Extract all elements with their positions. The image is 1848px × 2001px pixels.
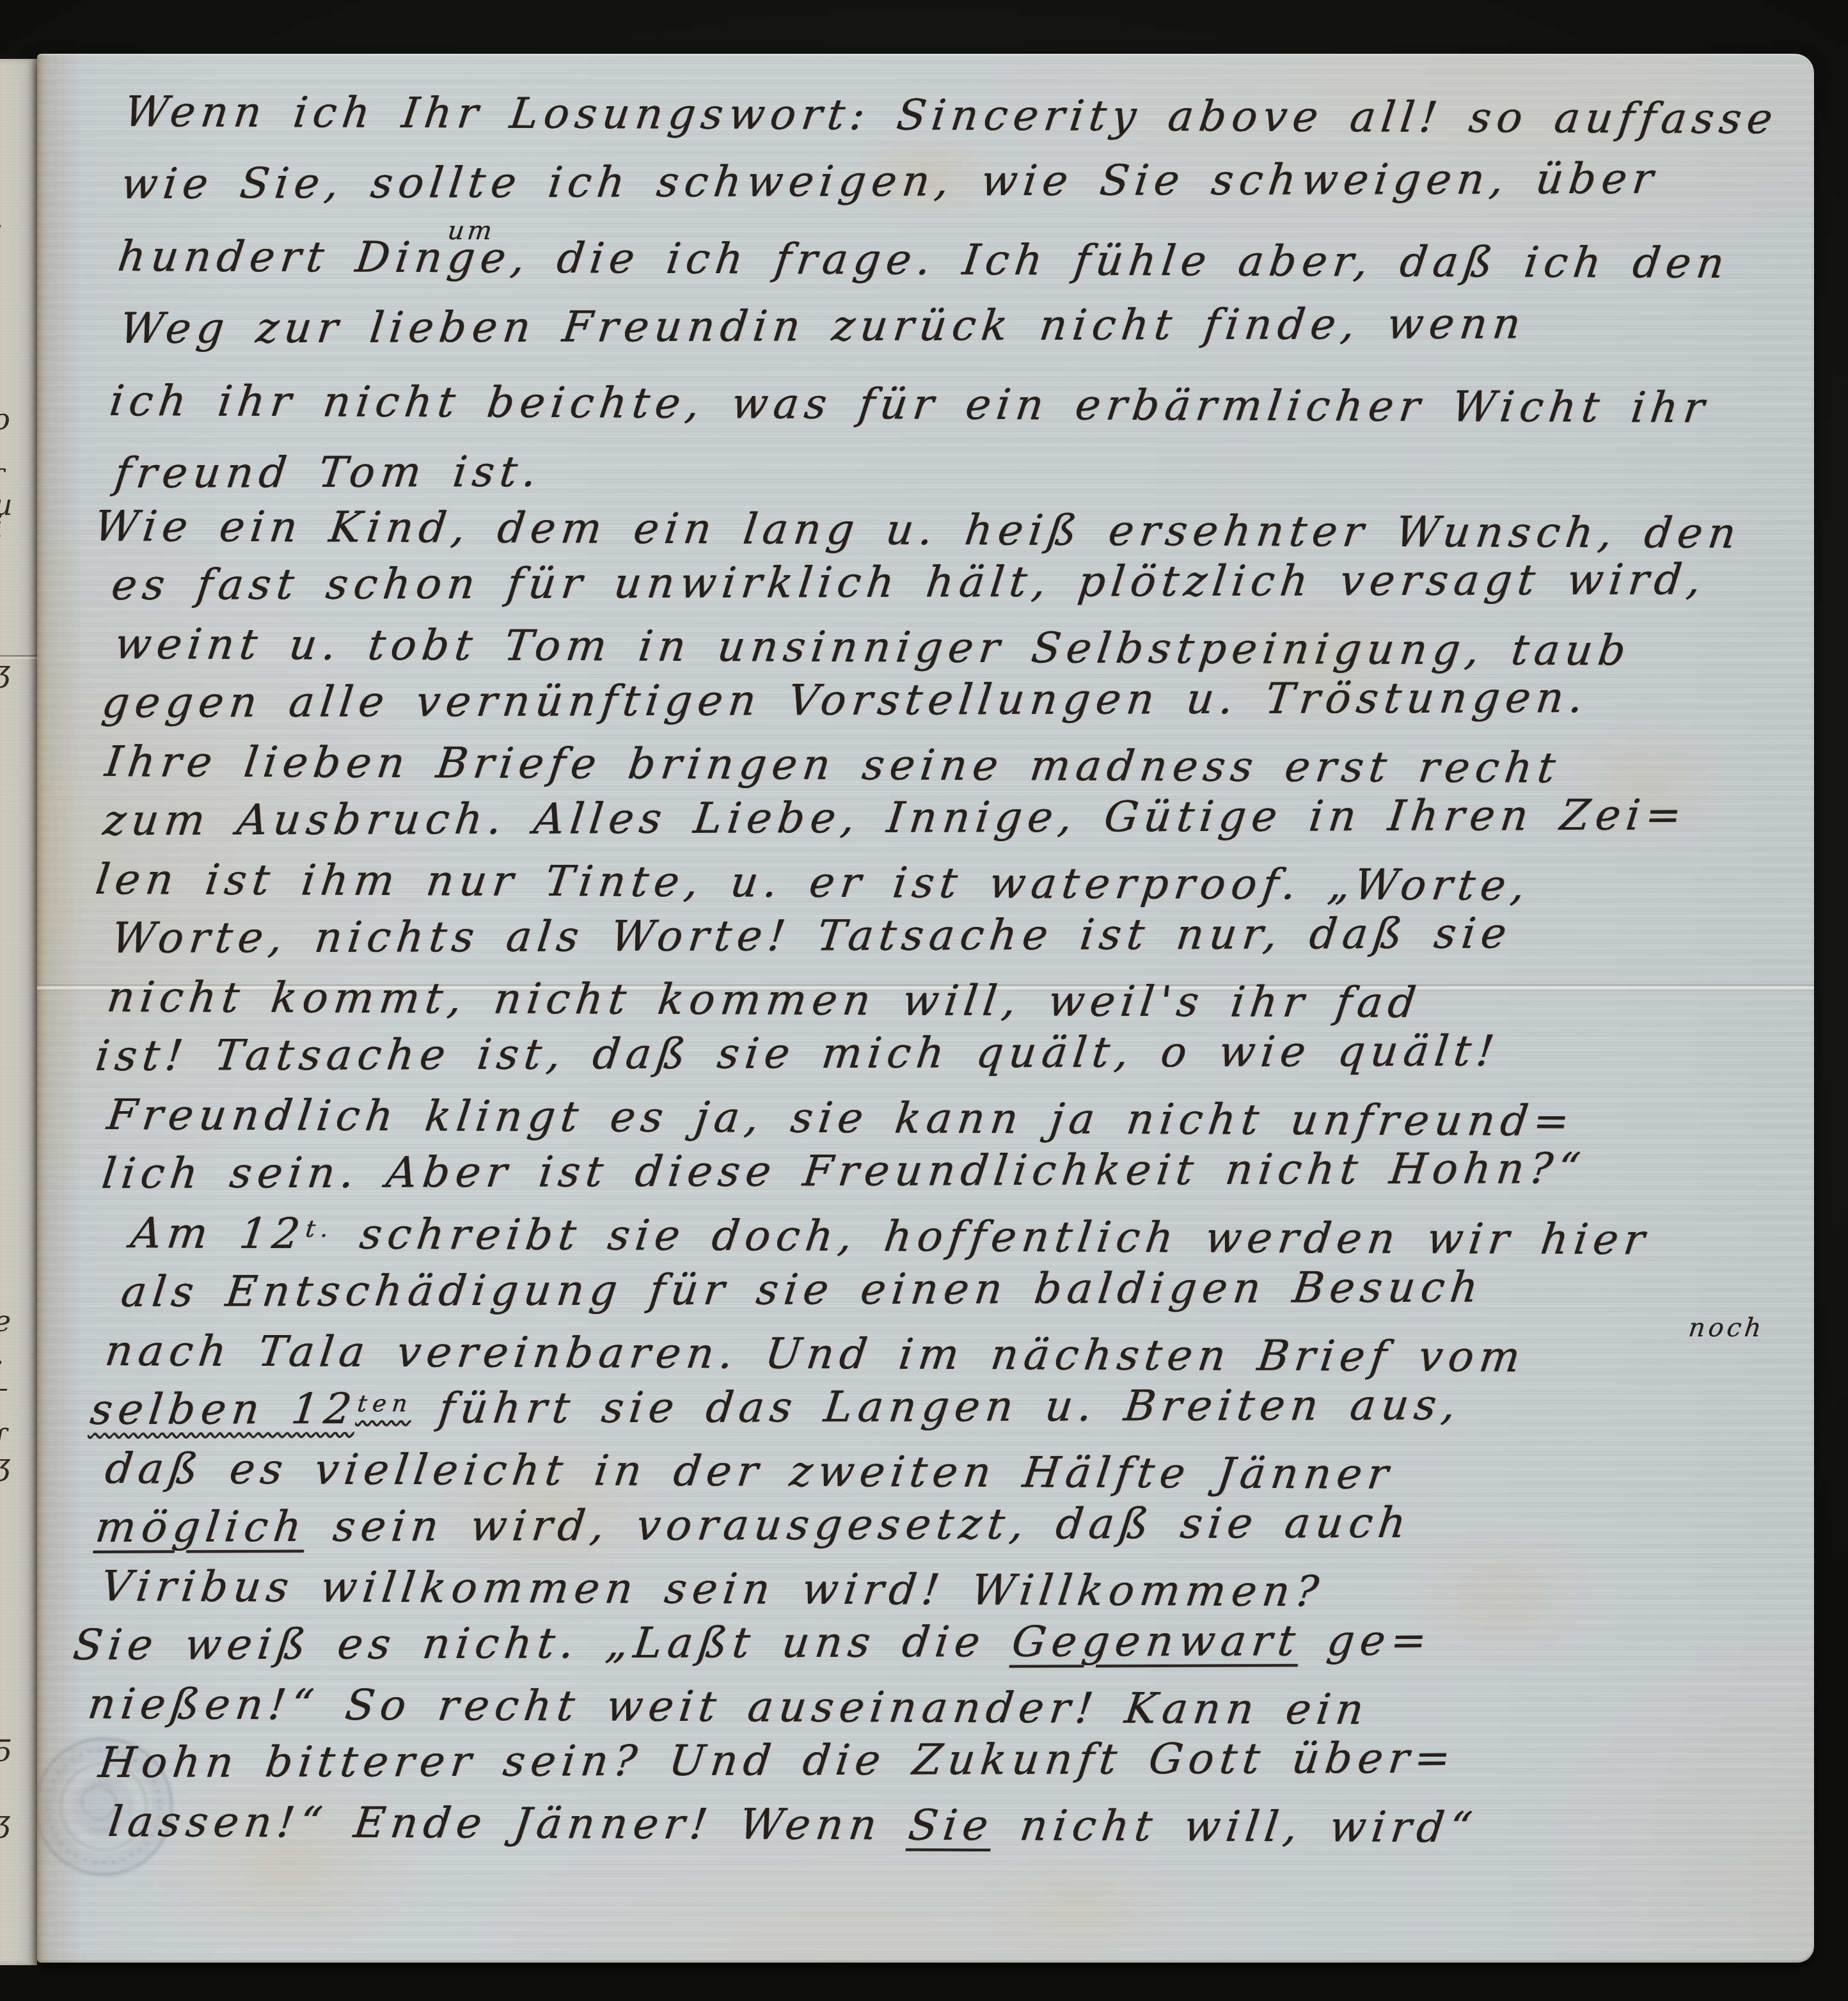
text-segment: sein wird, vorausgesetzt, daß sie auch — [304, 1498, 1414, 1551]
adjacent-page-sliver: ‚ɔʃuiʒe:–ſʒ5ʒ — [0, 59, 37, 1965]
letter-line: ich ihr nicht beichte, was für ein erbär… — [107, 379, 1713, 430]
underlined-word: Sie — [906, 1800, 997, 1850]
margin-ink-fragment: e — [0, 1306, 11, 1336]
text-segment: nicht will, wird“ — [990, 1801, 1480, 1852]
text-segment: nießen!“ So recht weit auseinander! Kann… — [85, 1679, 1372, 1734]
text-segment: gegen alle vernünftigen Vorstellungen u.… — [99, 673, 1591, 727]
text-segment: ist! Tatsache ist, daß sie mich quält, o… — [93, 1026, 1502, 1080]
letter-line: nach Tala vereinbaren. Und im nächsten B… — [103, 1329, 1528, 1379]
text-segment: wie Sie, sollte ich schweigen, wie Sie s… — [118, 154, 1661, 209]
text-segment: es fast schon für unwirklich hält, plötz… — [109, 555, 1709, 610]
text-segment: ich ihr nicht beichte, was für ein erbär… — [107, 376, 1713, 432]
text-segment: Wie ein Kind, dem ein lang u. heiß erseh… — [91, 502, 1744, 558]
letter-line: daß es vielleicht in der zweiten Hälfte … — [103, 1446, 1396, 1496]
letter-line: Worte, nichts als Worte! Tatsache ist nu… — [109, 911, 1515, 960]
text-segment: schreibt sie doch, hoffentlich werden wi… — [330, 1209, 1653, 1264]
margin-ink-fragment: ʒ — [0, 656, 10, 686]
text-segment: Hohn bitterer sein? Und die Zukunft Gott… — [96, 1734, 1458, 1787]
underlined-word: möglich — [93, 1502, 310, 1552]
letter-line: Am 12t. schreibt sie doch, hoffentlich w… — [129, 1211, 1653, 1262]
text-segment: Wenn ich Ihr Losungswort: Sincerity abov… — [122, 87, 1781, 143]
text-segment: Freundlich klingt es ja, sie kann ja nic… — [104, 1090, 1577, 1146]
letter-page: Wenn ich Ihr Losungswort: Sincerity abov… — [37, 54, 1814, 1963]
letter-line: es fast schon für unwirklich hält, plötz… — [109, 557, 1709, 607]
letter-line: ist! Tatsache ist, daß sie mich quält, o… — [93, 1029, 1502, 1078]
letter-line: Wie ein Kind, dem ein lang u. heiß erseh… — [92, 504, 1744, 556]
letter-line: Weg zur lieben Freundin zurück nicht fin… — [118, 301, 1529, 351]
letter-line: weint u. tobt Tom in unsinniger Selbstpe… — [113, 622, 1634, 673]
letter-line: Hohn bitterer sein? Und die Zukunft Gott… — [97, 1736, 1458, 1785]
text-segment: ge= — [1298, 1616, 1435, 1666]
margin-ink-fragment: ʒ — [0, 1450, 10, 1479]
text-segment: lich sein. Aber ist diese Freundlichkeit… — [99, 1144, 1588, 1198]
letter-line: Viribus willkommen sein wird! Willkommen… — [99, 1564, 1327, 1614]
text-segment: lassen!“ Ende Jänner! Wenn — [106, 1797, 912, 1849]
letter-line: Wenn ich Ihr Losungswort: Sincerity abov… — [122, 90, 1781, 141]
letter-line: freund Tom ist. — [113, 450, 545, 496]
text-segment: freund Tom ist. — [112, 447, 544, 498]
scanned-document: ‚ɔʃuiʒe:–ſʒ5ʒ Wenn ich — [0, 0, 1848, 2001]
text-segment: zum Ausbruch. Alles Liebe, Innige, Gütig… — [100, 790, 1689, 845]
margin-ink-fragment: – — [0, 1373, 8, 1402]
text-segment: len ist ihm nur Tinte, u. er ist waterpr… — [93, 855, 1533, 910]
text-segment: Weg zur lieben Freundin zurück nicht fin… — [117, 299, 1529, 353]
text-segment: Am 12 — [128, 1208, 308, 1258]
letter-line: selben 12ten führt sie das Langen u. Bre… — [88, 1383, 1464, 1432]
letter-line: lassen!“ Ende Jänner! Wenn Sie nicht wil… — [106, 1799, 1480, 1850]
letter-line: Sie weiß es nicht. „Laßt uns die Gegenwa… — [71, 1618, 1435, 1668]
interline-insertion: um — [446, 216, 496, 246]
letter-line: zum Ausbruch. Alles Liebe, Innige, Gütig… — [101, 793, 1689, 842]
text-segment: Viribus willkommen sein wird! Willkommen… — [98, 1562, 1327, 1616]
text-segment: daß es vielleicht in der zweiten Hälfte … — [102, 1444, 1396, 1499]
text-segment: t. — [304, 1215, 336, 1242]
margin-ink-fragment: ʒ — [0, 1807, 10, 1836]
margin-ink-fragment: ɔ — [0, 404, 10, 434]
text-segment: hundert Dinge, die ich frage. Ich fühle … — [115, 232, 1733, 288]
text-segment: Sie weiß es nicht. „Laßt uns die — [70, 1617, 1015, 1670]
letter-line: nießen!“ So recht weit auseinander! Kann… — [86, 1682, 1372, 1732]
margin-ink-fragment: 5 — [0, 1736, 12, 1766]
letter-line: wie Sie, sollte ich schweigen, wie Sie s… — [119, 157, 1661, 207]
text-segment: weint u. tobt Tom in unsinniger Selbstpe… — [112, 619, 1634, 675]
letter-line: Freundlich klingt es ja, sie kann ja nic… — [105, 1093, 1577, 1143]
underlined-word: Gegenwart — [1009, 1616, 1304, 1666]
letter-text: Wenn ich Ihr Losungswort: Sincerity abov… — [37, 54, 1814, 1963]
letter-line: nicht kommt, nicht kommen will, weil's i… — [105, 975, 1424, 1025]
letter-line: hundert Dinge, die ich frage. Ich fühle … — [116, 234, 1733, 285]
text-segment: führt sie das Langen u. Breiten aus, — [409, 1380, 1464, 1434]
letter-line: möglich sein wird, vorausgesetzt, daß si… — [93, 1501, 1414, 1549]
text-segment: nicht kommt, nicht kommen will, weil's i… — [104, 972, 1424, 1027]
interline-insertion: noch — [1687, 1313, 1766, 1343]
underlined-word: ten — [356, 1389, 415, 1417]
text-segment: Ihre lieben Briefe bringen seine madness… — [102, 737, 1563, 793]
letter-line: len ist ihm nur Tinte, u. er ist waterpr… — [93, 857, 1533, 908]
margin-ink-fragment: ‚ — [0, 203, 3, 233]
letter-line: gegen alle vernünftigen Vorstellungen u.… — [100, 676, 1591, 725]
margin-ink-fragment: i — [0, 512, 3, 541]
underlined-word: selben 12 — [88, 1384, 359, 1434]
text-segment: Worte, nichts als Worte! Tatsache ist nu… — [109, 908, 1515, 963]
letter-line: Ihre lieben Briefe bringen seine madness… — [103, 739, 1563, 790]
letter-line: als Entschädigung für sie einen baldigen… — [119, 1265, 1486, 1315]
text-segment: nach Tala vereinbaren. Und im nächsten B… — [102, 1326, 1528, 1382]
text-segment: als Entschädigung für sie einen baldigen… — [118, 1263, 1486, 1317]
letter-line: lich sein. Aber ist diese Freundlichkeit… — [100, 1146, 1588, 1196]
